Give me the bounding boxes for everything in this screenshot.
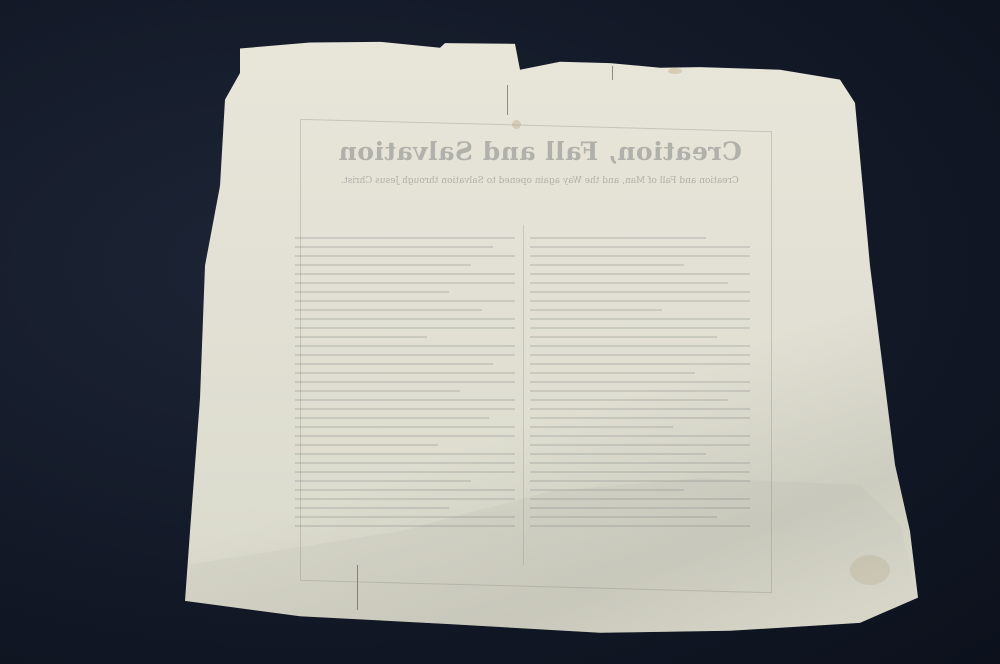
stain — [668, 68, 682, 74]
stain — [850, 555, 890, 585]
document-title: Creation, Fall and Salvation — [315, 137, 765, 166]
text-column-right — [530, 230, 750, 560]
paper-tear — [612, 66, 613, 80]
text-column-left — [295, 230, 515, 560]
worn-paper-sheet: Creation, Fall and Salvation Creation an… — [0, 0, 1000, 664]
document-subtitle: Creation and Fall of Man, and the Way ag… — [320, 175, 760, 187]
column-divider — [523, 225, 524, 565]
paper-tear — [507, 85, 508, 115]
